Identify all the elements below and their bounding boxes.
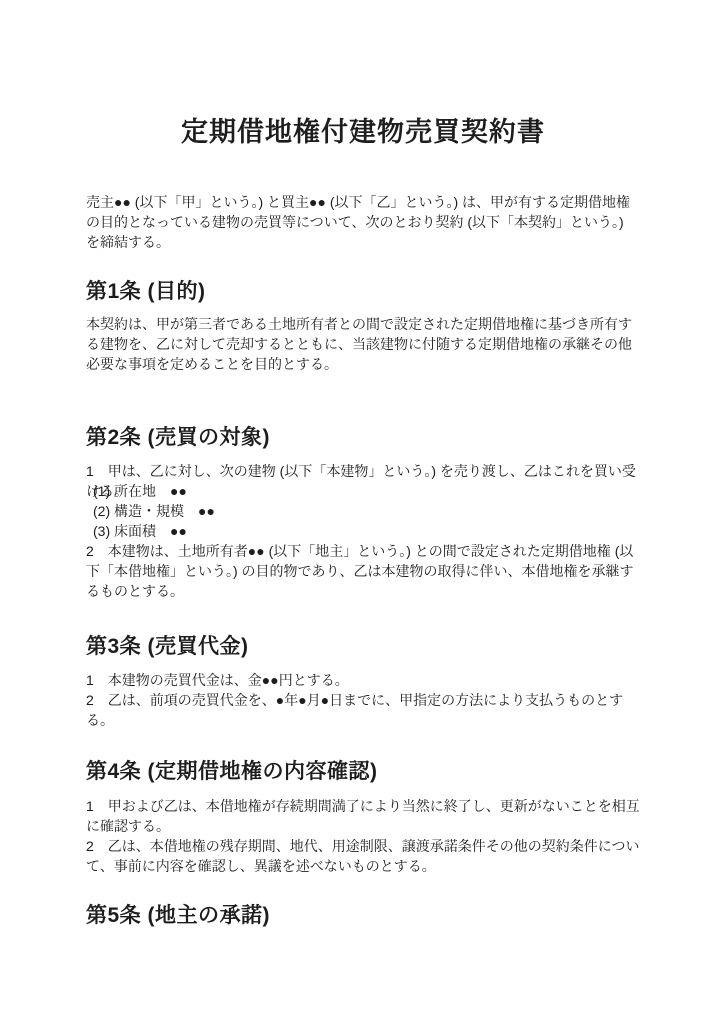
article-2-subitem-1: (1) 所在地 ●●	[93, 481, 640, 501]
article-5-heading: 第5条 (地主の承諾)	[86, 902, 640, 930]
contract-document-page: 定期借地権付建物売買契約書 売主●● (以下「甲」という。) と買主●● (以下…	[0, 0, 724, 1024]
article-4-heading: 第4条 (定期借地権の内容確認)	[86, 758, 640, 786]
article-2-subitem-list: (1) 所在地 ●● (2) 構造・規模 ●● (3) 床面積 ●●	[86, 481, 640, 541]
article-3-clause-1: 1 本建物の売買代金は、金●●円とする。	[86, 670, 640, 690]
article-4-clause-2: 2 乙は、本借地権の残存期間、地代、用途制限、譲渡承諾条件その他の契約条件につい…	[86, 836, 640, 876]
article-4-clause-1: 1 甲および乙は、本借地権が存続期間満了により当然に終了し、更新がないことを相互…	[86, 796, 640, 836]
article-3-clause-list: 1 本建物の売買代金は、金●●円とする。 2 乙は、前項の売買代金を、●年●月●…	[86, 670, 640, 730]
article-3-heading: 第3条 (売買代金)	[86, 633, 640, 661]
article-1-heading: 第1条 (目的)	[86, 278, 640, 306]
article-2-clause-2: 2 本建物は、土地所有者●● (以下「地主」という。) との間で設定された定期借…	[86, 541, 640, 601]
article-2-heading: 第2条 (売買の対象)	[86, 424, 640, 452]
article-4-clause-list: 1 甲および乙は、本借地権が存続期間満了により当然に終了し、更新がないことを相互…	[86, 796, 640, 876]
document-title: 定期借地権付建物売買契約書	[86, 112, 640, 152]
intro-paragraph: 売主●● (以下「甲」という。) と買主●● (以下「乙」という。) は、甲が有…	[86, 192, 640, 252]
article-2-subitem-3: (3) 床面積 ●●	[93, 521, 640, 541]
article-1-clause: 本契約は、甲が第三者である土地所有者との間で設定された定期借地権に基づき所有する…	[86, 314, 640, 374]
article-2-subitem-2: (2) 構造・規模 ●●	[93, 501, 640, 521]
article-3-clause-2: 2 乙は、前項の売買代金を、●年●月●日までに、甲指定の方法により支払うものとす…	[86, 690, 640, 730]
